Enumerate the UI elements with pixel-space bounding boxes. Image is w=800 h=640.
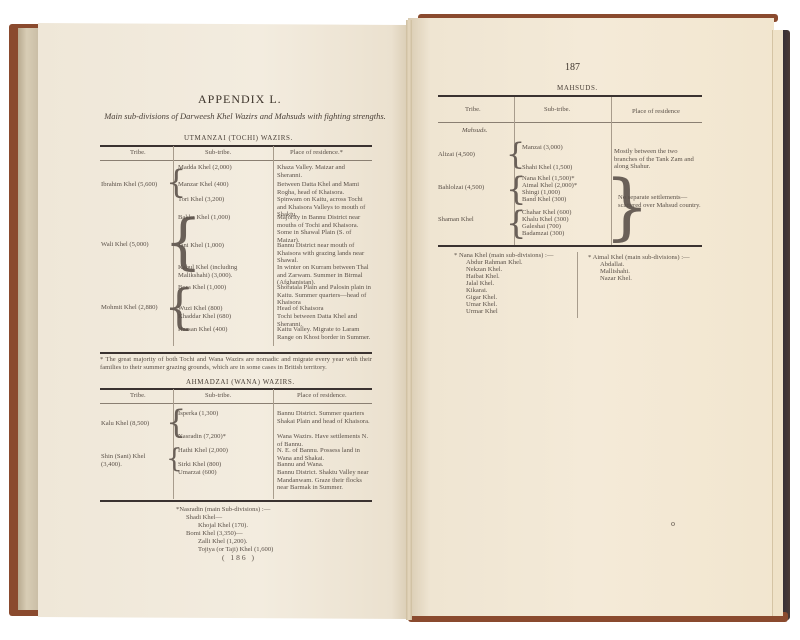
col-header-subtribe: Sub-tribe.: [544, 106, 570, 114]
table-top-rule: [438, 95, 702, 97]
table-top-rule: [100, 145, 372, 147]
residence: Head of Khaisora: [277, 305, 371, 313]
footnote-line: Zalli Khel (1,200).: [198, 538, 247, 546]
residence-shared: No separate settlements—scattered over M…: [618, 194, 702, 209]
subtribe: Wuzi Khel (800): [178, 305, 222, 313]
footnote-line: Shadi Khel—: [186, 514, 222, 522]
page-number-186: ( 186 ): [222, 554, 256, 562]
section-heading-mahsuds: MAHSUDS.: [557, 84, 598, 92]
section-heading-ahmadzai: AHMADZAI (WANA) WAZIRS.: [186, 378, 295, 386]
col-header-subtribe: Sub-tribe.: [205, 392, 231, 400]
tribe-ibrahim-khel: Ibrahim Khel (5,600): [101, 181, 157, 189]
col-header-tribe: Tribe.: [130, 392, 146, 400]
residence: Bannu District. Summer quarters Shakai P…: [277, 410, 371, 425]
footnote-line: Bomi Khel (3,350)—: [186, 530, 243, 538]
appendix-subtitle: Main sub-divisions of Darweesh Khel Wazi…: [100, 111, 390, 121]
table-bottom-rule: [100, 500, 372, 502]
footnote-nomadic: * The great majority of both Tochi and W…: [100, 356, 372, 371]
footnote-line: Nazar Khel.: [600, 275, 632, 283]
col-header-tribe: Tribe.: [465, 106, 481, 114]
page-number-187: 187: [565, 64, 580, 72]
header-rule: [100, 160, 372, 161]
subtribe: Jani Khel (1,000): [178, 242, 224, 250]
col-header-tribe: Tribe.: [130, 149, 146, 157]
appendix-title: APPENDIX L.: [198, 92, 282, 107]
residence: Between Datta Khel and Mami Rogha, head …: [277, 181, 371, 196]
page-edges-right: [772, 30, 783, 616]
tribe-shin-khel: Shin (Sani) Khel (3,400).: [101, 453, 167, 468]
residence: Kaitu Valley. Migrate to Laram Range on …: [277, 326, 371, 341]
subtribe: Umarzai (600): [178, 469, 217, 477]
col-header-residence: Place of residence.: [297, 392, 347, 400]
tribe-kalu-khel: Kalu Khel (8,500): [101, 420, 149, 428]
col-header-residence: Place of residence.*: [290, 149, 343, 157]
subtribe: Bakka Khel (1,000): [178, 214, 230, 222]
col-header-residence: Place of residence: [632, 108, 680, 116]
residence: Bannu District near mouth of Khaisora wi…: [277, 242, 371, 265]
subtribe: Isperka (1,300): [178, 410, 218, 418]
table-bottom-rule: [438, 245, 702, 247]
residence: Majority in Bannu District near mouths o…: [277, 214, 371, 244]
subtribe: Manzai (3,000): [522, 144, 563, 152]
subtribe: Shahi Khel (1,500): [522, 164, 572, 172]
subtribe: Manzar Khel (400): [178, 181, 229, 189]
tribe-bahlolzai: Bahlolzai (4,500): [438, 184, 484, 192]
residence: Shoratala Plain and Palosin plain in Kai…: [277, 284, 371, 307]
residence: Khaza Valley. Maizar and Sheranni.: [277, 164, 371, 179]
book-gutter: [406, 20, 412, 620]
subtribe: Bora Khel (1,000): [178, 284, 226, 292]
tribe-wali-khel: Wali Khel (5,000): [101, 241, 149, 249]
table-top-rule: [100, 388, 372, 390]
subtribe: Sirki Khel (800): [178, 461, 221, 469]
subtribe: Band Khel (300): [522, 196, 566, 204]
subtribe: Hathi Khel (2,000): [178, 447, 228, 455]
subtribe: Nasradin (7,200)*: [178, 433, 226, 441]
section-heading-utmanzai: UTMANZAI (TOCHI) WAZIRS.: [184, 134, 293, 142]
residence: Wana Wazirs. Have settlements N. of Bann…: [277, 433, 371, 448]
column-divider: [273, 146, 274, 346]
footnote-divider: [577, 252, 578, 318]
col-header-subtribe: Sub-tribe.: [205, 149, 231, 157]
page-edges-left: [18, 28, 40, 610]
group-label-mahsuds: Mahsuds.: [462, 127, 487, 135]
subtribe: Madda Khel (2,000): [178, 164, 232, 172]
residence: Bannu District. Shaktu Valley near Manda…: [277, 469, 371, 492]
footnote-line: Khojal Khel (170).: [198, 522, 248, 530]
tribe-shaman-khel: Shaman Khel: [438, 216, 474, 224]
header-rule: [438, 122, 702, 123]
printer-mark: o: [671, 520, 675, 528]
right-page: [408, 18, 774, 616]
subtribe: Kabul Khel (including Malikshahi) (3,000…: [178, 264, 270, 279]
subtribe: Tori Khel (3,200): [178, 196, 224, 204]
residence: Bannu and Wana.: [277, 461, 371, 469]
column-divider: [273, 389, 274, 499]
footnote-nasradin-head: *Nasradin (main Sub-divisions) :—: [176, 506, 270, 514]
tribe-alizai: Alizai (4,500): [438, 151, 475, 159]
residence: N. E. of Bannu. Possess land in Wana and…: [277, 447, 371, 462]
table-bottom-rule: [100, 352, 372, 354]
subtribe: Badamzai (300): [522, 230, 564, 238]
footnote-line: Urmar Khel: [466, 308, 498, 316]
header-rule: [100, 403, 372, 404]
subtribe: Khaddar Khel (680): [178, 313, 231, 321]
subtribe: Hassan Khel (400): [178, 326, 227, 334]
tribe-mohmit-khel: Mohmit Khel (2,880): [101, 304, 158, 312]
